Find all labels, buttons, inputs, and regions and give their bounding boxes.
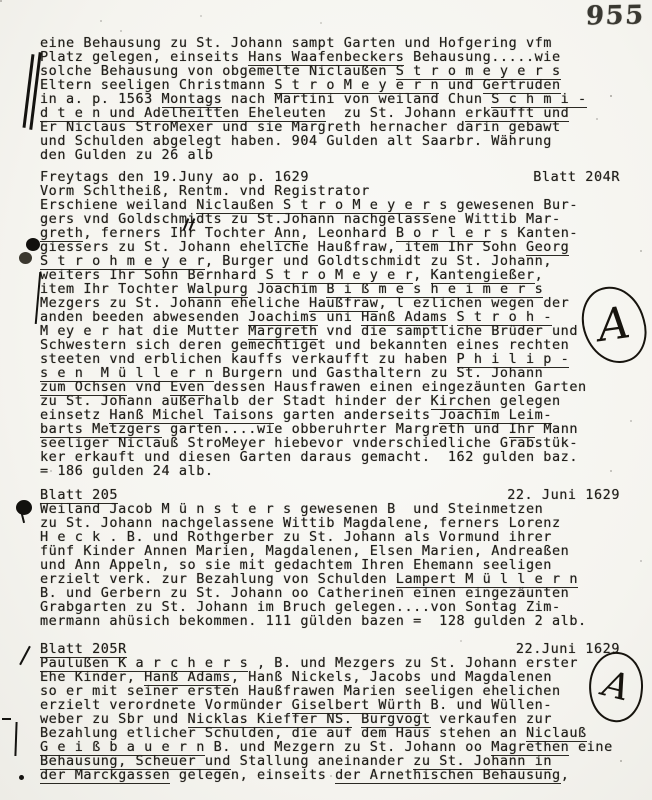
text-line: den Gulden zu 26 alb [40,148,620,162]
text-line: gers vnd Goldschmidts zu St.Johann nachg… [40,212,620,226]
text-line: Vorm Schltheiß, Rentm. vnd Registrator [40,184,620,198]
text-line: in a. p. 1563 Montags nach Martini von w… [40,92,620,106]
ink-blot [19,252,32,264]
text-line: Paulußen K a r c h e r s , B. und Mezger… [40,656,620,670]
text-line: greth, ferners Ihr Tochter Ann, Leonhard… [40,226,620,240]
text-line: solche Behausung von obgemelte Niclaußen… [40,64,620,78]
text-line: der Marckgassen gelegen, einseits der Ar… [40,768,620,782]
text-line: ker erkauft und diesen Garten daraus gem… [40,450,620,464]
scan-noise [0,0,2,2]
text-line: Schwestern sich deren gemechtiget und be… [40,338,620,352]
annotation-letter: A [599,666,633,707]
text-line: M ey e r hat die Mutter Margreth vnd die… [40,324,620,338]
document-text-body: eine Behausung zu St. Johann sampt Garte… [40,36,620,782]
text-line: erzielt verordnete Vormünder Giselbert W… [40,698,620,712]
underlined-text: der Marckgassen [40,767,170,784]
text-line: B. und Gerbern zu St. Johann oo Catherin… [40,586,620,600]
dateline-row: Blatt 20522. Juni 1629 [40,488,620,502]
text-line: Bezahlung etlicher Schulden, die auf dem… [40,726,620,740]
text-line: Eltern seeligen Christmann S t r o M e y… [40,78,620,92]
text-line: und Schulden abgelegt haben. 904 Gulden … [40,134,620,148]
text-line: item Ihr Tochter Walpurg Joachim B i ß m… [40,282,620,296]
text-line: seeliger Niclauß StroMeyer hiebevor vnde… [40,436,620,450]
dateline-left: Freytags den 19.Juny ao p. 1629 [40,170,309,184]
text-line: und Ann Appeln, so sie mit gedachtem Ihr… [40,558,620,572]
text-line: Platz gelegen, einseits Hans Waafenbecke… [40,50,620,64]
ink-blot [26,238,40,251]
text-line: Grabgarten zu St. Johann im Bruch gelege… [40,600,620,614]
margin-slash [19,646,31,665]
dateline-left: Blatt 205R [40,642,127,656]
text-line: Weiland Jacob M ü n s t e r s gewesenen … [40,502,620,516]
dateline-row: Blatt 205R22.Juni 1629 [40,642,620,656]
annotation-letter: A [595,301,633,349]
text-line: Mezgers zu St. Johann eheliche Haußfraw,… [40,296,620,310]
text-line: steeten vnd erblichen kauffs verkaufft z… [40,352,620,366]
text-segment: , [561,767,570,783]
text-line: = 186 gulden 24 alb. [40,464,620,478]
text-line: zu St. Johann außerhalb der Stadt hinder… [40,394,620,408]
margin-stroke [14,722,17,756]
scanned-document-page: 955 eine Behausung zu St. Johann sampt G… [0,0,652,800]
margin-dash [2,718,11,720]
ink-blot-stem [21,514,25,523]
text-line: H e c k . B. und Rothgerber zu St. Johan… [40,530,620,544]
text-line: Erschiene weiland Niclaußen S t r o M e … [40,198,620,212]
text-line: einsetz Hanß Michel Taisons garten ander… [40,408,620,422]
text-line: eine Behausung zu St. Johann sampt Garte… [40,36,620,50]
text-segment: Blatt 204R [533,169,620,185]
dateline-row: Freytags den 19.Juny ao p. 1629Blatt 204… [40,170,620,184]
text-line: G e i ß b a u e r n B. und Mezgern zu St… [40,740,620,754]
text-line: Ehe Kinder, Hanß Adams, Hanß Nickels, Ja… [40,670,620,684]
text-line: zu St. Johann nachgelassene Wittib Magda… [40,516,620,530]
text-line: anden beeden abwesenden Joachims uni Han… [40,310,620,324]
text-line: fünf Kinder Annen Marien, Magdalenen, El… [40,544,620,558]
text-line: so er mit seiner ersten Haußfrawen Marie… [40,684,620,698]
dateline-right: Blatt 204R [533,170,620,184]
text-line: Behausung, Scheuer und Stallung aneinand… [40,754,620,768]
text-segment: gelegen, einseits [170,767,335,783]
text-line: S t r o h m e y e r, Burger und Goldtsch… [40,254,620,268]
text-line: mermann ahüsich bekommen. 111 gülden baz… [40,614,620,628]
text-segment: mermann ahüsich bekommen. 111 gülden baz… [40,613,587,629]
text-segment: = 186 gulden 24 alb. [40,463,214,479]
text-line: weber zu Sbr und Nicklas Kieffer NS. Bur… [40,712,620,726]
text-line: zum Ochsen vnd Even dessen Hausfrawen ei… [40,380,620,394]
ink-dot [19,775,24,780]
text-line: giessers zu St. Johann eheliche Haußfraw… [40,240,620,254]
page-number-stamp: 955 [585,0,645,31]
text-line: barts Metzgers garten....wie obberuhrter… [40,422,620,436]
text-line: Er Niclaus StroMexer und sie Margreth he… [40,120,620,134]
text-segment: den Gulden zu 26 alb [40,147,214,163]
text-segment: eine [569,739,612,755]
text-line: weiters Ihr Sohn Bernhard S t r o M e y … [40,268,620,282]
text-line: erzielt verk. zur Bezahlung von Schulden… [40,572,620,586]
underlined-text: der Arnethischen Behausung [335,767,561,784]
text-line: d t e n und Adelheitten Eheleuten zu St.… [40,106,620,120]
ink-blot [16,500,32,515]
text-line: s e n M ü l l e r n Burgern und Gasthalt… [40,366,620,380]
dateline-left: Blatt 205 [40,488,118,502]
dateline-right: 22. Juni 1629 [507,488,620,502]
